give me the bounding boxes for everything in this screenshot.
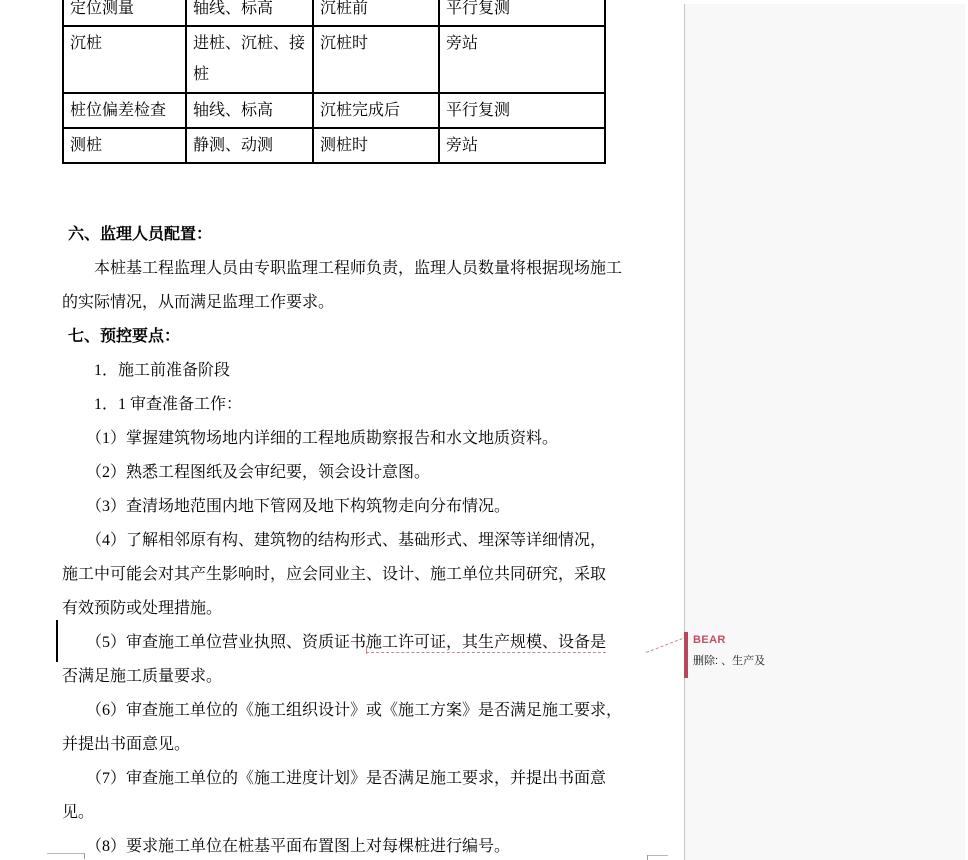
table-cell[interactable]: 沉桩前 [313,0,439,26]
change-bar [56,620,58,662]
deletion-anchor-underline[interactable]: 施工许可证，其生产规模、设备是 [366,634,606,653]
text-boundary-mark-bottom-right-tick [647,855,648,860]
point-5-text: （5）审查施工单位营业执照、资质证书 [86,634,366,651]
revision-action-label: 删除: [693,655,721,667]
revision-author: BEAR [693,634,726,646]
table-cell[interactable]: 测桩 [63,128,186,163]
point-6[interactable]: （6）审查施工单位的《施工组织设计》或《施工方案》是否满足施工要求， 并提出书面… [62,694,652,762]
revision-text: 删除: 、生产及 [693,652,933,668]
table-cell[interactable]: 旁站 [439,128,605,163]
table-cell[interactable]: 进桩、沉桩、接桩 [186,26,313,93]
table-row[interactable]: 测桩 静测、动测 测桩时 旁站 [63,128,605,163]
point-5[interactable]: （5）审查施工单位营业执照、资质证书施工许可证，其生产规模、设备是 否满足施工质… [62,626,652,694]
table-cell[interactable]: 静测、动测 [186,128,313,163]
comment-connector-line [646,636,687,653]
text-boundary-mark-bottom-left-tick [84,853,85,859]
text-boundary-mark-bottom-right [647,855,668,856]
paragraph-intro[interactable]: 本桩基工程监理人员由专职监理工程师负责，监理人员数量将根据现场施工 的实际情况，… [62,252,652,320]
list-item-1[interactable]: 1．施工前准备阶段 [62,354,652,388]
table-row[interactable]: 桩位偏差检查 轴线、标高 沉桩完成后 平行复测 [63,93,605,128]
text-boundary-mark-bottom-left [47,853,85,854]
point-5-text-after: 否满足施工质量要求。 [62,668,222,685]
table-cell[interactable]: 平行复测 [439,93,605,128]
point-4[interactable]: （4）了解相邻原有构、建筑物的结构形式、基础形式、埋深等详细情况， 施工中可能会… [62,524,652,626]
deletion-point-tick [366,646,367,654]
point-1[interactable]: （1）掌握建筑物场地内详细的工程地质勘察报告和水文地质资料。 [62,422,652,456]
table-cell[interactable]: 轴线、标高 [186,93,313,128]
point-8[interactable]: （8）要求施工单位在桩基平面布置图上对每棵桩进行编号。 [62,830,652,860]
heading-section-seven[interactable]: 七、预控要点： [68,320,652,354]
table-cell[interactable]: 旁站 [439,26,605,93]
table-cell[interactable]: 沉桩 [63,26,186,93]
document-body[interactable]: 六、监理人员配置： 本桩基工程监理人员由专职监理工程师负责，监理人员数量将根据现… [62,218,652,860]
table-cell[interactable]: 沉桩时 [313,26,439,93]
inspection-table[interactable]: 端头板垂直） 定位测量 轴线、标高 沉桩前 平行复测 沉桩 进桩、沉桩、接桩 沉… [62,0,606,164]
table-cell[interactable]: 沉桩完成后 [313,93,439,128]
point-3[interactable]: （3）查清场地范围内地下管网及地下构筑物走向分布情况。 [62,490,652,524]
revision-deleted-text: 、生产及 [721,655,765,667]
heading-section-six[interactable]: 六、监理人员配置： [68,218,652,252]
table-cell[interactable]: 平行复测 [439,0,605,26]
table-cell[interactable]: 定位测量 [63,0,186,26]
table-row[interactable]: 沉桩 进桩、沉桩、接桩 沉桩时 旁站 [63,26,605,93]
revision-balloon-bar [684,632,688,678]
table-cell[interactable]: 轴线、标高 [186,0,313,26]
point-5-marked-text: 施工许可证，其生产规模、设备是 [366,634,606,651]
table-cell[interactable]: 测桩时 [313,128,439,163]
revision-balloon[interactable]: BEAR 删除: 、生产及 [684,630,954,680]
list-item-1-1[interactable]: 1．1 审查准备工作： [62,388,652,422]
table-cell[interactable]: 桩位偏差检查 [63,93,186,128]
table-row[interactable]: 定位测量 轴线、标高 沉桩前 平行复测 [63,0,605,26]
point-7[interactable]: （7）审查施工单位的《施工进度计划》是否满足施工要求，并提出书面意 见。 [62,762,652,830]
revision-markup-panel [684,4,965,860]
point-2[interactable]: （2）熟悉工程图纸及会审纪要，领会设计意图。 [62,456,652,490]
